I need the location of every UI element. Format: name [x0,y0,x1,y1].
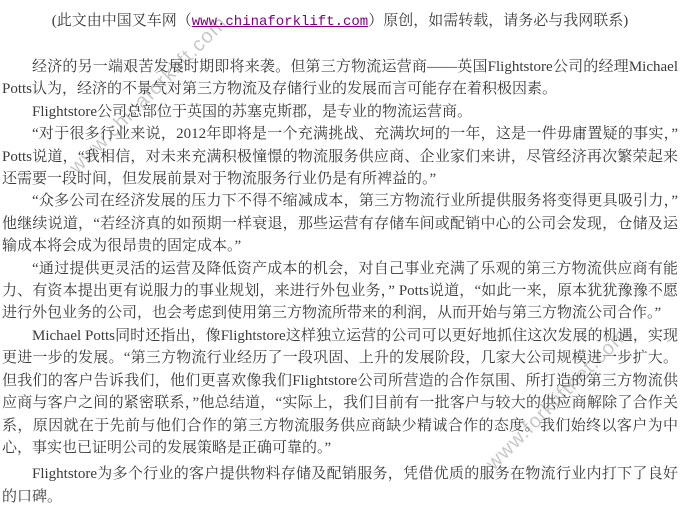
header-suffix: ）原创，如需转载，请务必与我网联系) [368,13,628,29]
paragraph-1: 经济的另一端艰苦发展时期即将来袭。但第三方物流运营商——英国Flightstor… [2,56,678,101]
paragraph-7: Flightstore为多个行业的客户提供物料存储及配销服务，凭借优质的服务在物… [2,463,678,506]
header-prefix: (此文由中国叉车网（ [52,13,192,29]
article-body: 经济的另一端艰苦发展时期即将来袭。但第三方物流运营商——英国Flightstor… [0,32,680,506]
article-page: www.chinaforklift.com www.forkliftnet.co… [0,0,680,506]
paragraph-4: “众多公司在经济发展的压力下不得不缩减成本，第三方物流行业所提供服务将变得更具吸… [2,190,678,257]
header-note: (此文由中国叉车网（www.chinaforklift.com）原创，如需转载，… [0,0,680,32]
paragraph-3: “对于很多行业来说，2012年即将是一个充满挑战、充满坎坷的一年，这是一件毋庸置… [2,123,678,190]
source-link[interactable]: www.chinaforklift.com [192,14,368,30]
paragraph-6: Michael Potts同时还指出，像Flightstore这样独立运营的公司… [2,325,678,459]
paragraph-5: “通过提供更灵活的运营及降低资产成本的机会，对自己事业充满了乐观的第三方物流供应… [2,258,678,325]
paragraph-2: Flightstore公司总部位于英国的苏塞克斯郡，是专业的物流运营商。 [2,101,678,123]
